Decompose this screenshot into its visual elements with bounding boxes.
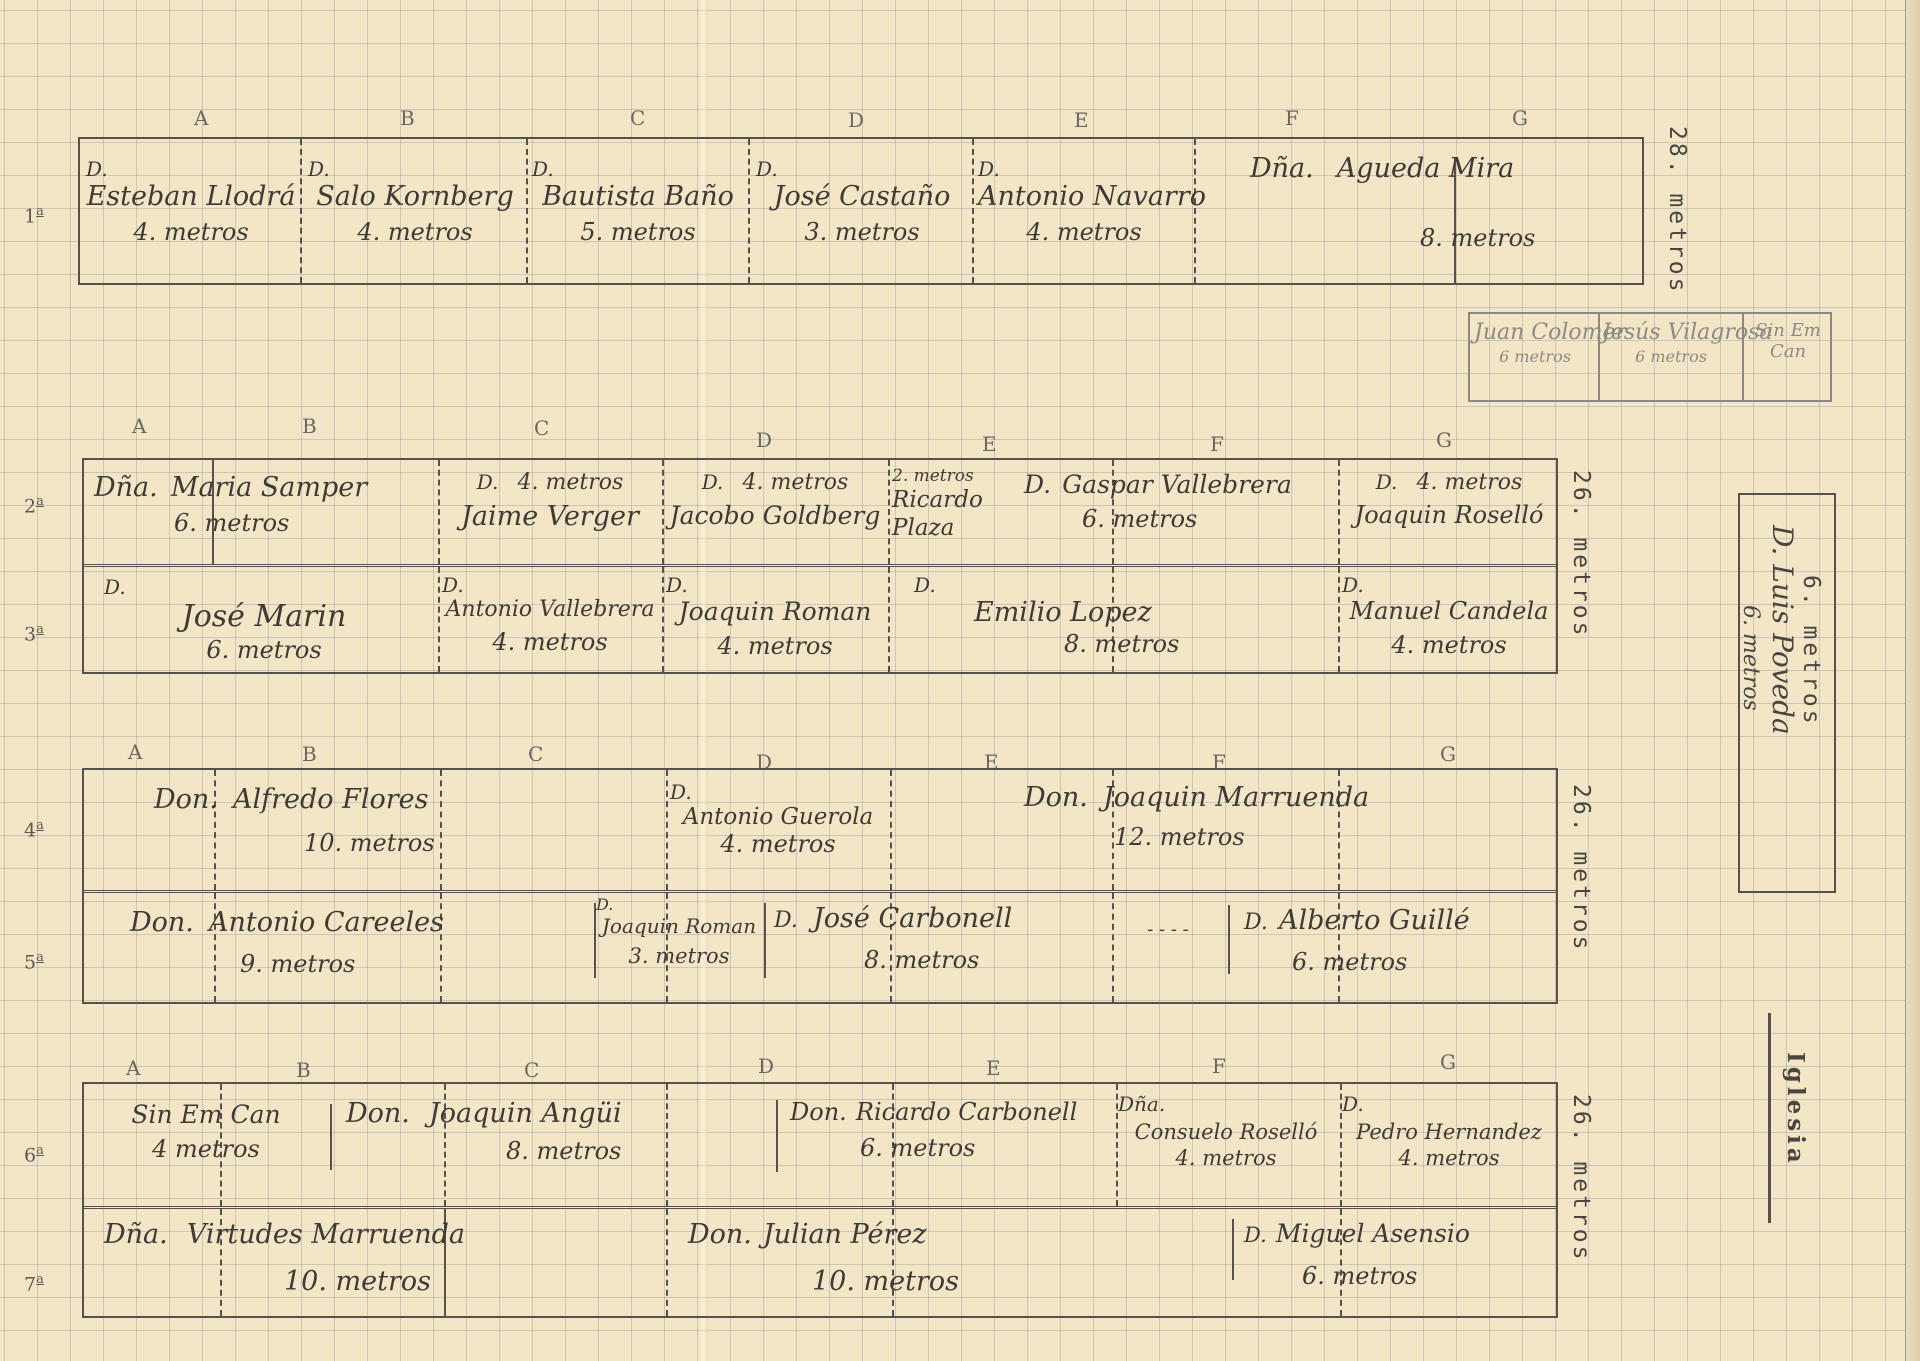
ordinal-suffix: a xyxy=(36,950,44,965)
plot-divider xyxy=(330,1104,332,1170)
plot-owner: Antonio Navarro xyxy=(978,181,1190,212)
column-letter: B xyxy=(302,414,317,438)
plot-size: 4. metros xyxy=(518,470,624,495)
plot-divider xyxy=(662,567,664,672)
plot-owner: Joaquin Roman xyxy=(666,597,884,626)
plot-title: Don. xyxy=(130,907,194,938)
plot-2AB[interactable]: Dña. Maria Samper 6. metros xyxy=(94,472,434,537)
plot-owner: Luis Poveda xyxy=(1766,564,1799,734)
plot-row-6: Sin Em Can 4 metros Don. Joaquin Angüi 8… xyxy=(84,1084,1556,1206)
plot-2EF[interactable]: D. Gaspar Vallebrera 6. metros xyxy=(1024,470,1334,533)
page-edge xyxy=(1905,0,1920,1361)
plot-size: 4. metros xyxy=(308,218,522,246)
plot-title: D. xyxy=(774,908,798,933)
plot-size: 4. metros xyxy=(666,632,884,660)
plot-title: D. xyxy=(756,157,968,181)
plot-size: 6. metros xyxy=(1302,1262,1554,1290)
side-box-owner: D. Luis Poveda xyxy=(1766,525,1799,735)
plot-3C[interactable]: D. Antonio Vallebrera 4. metros xyxy=(442,573,658,656)
plot-title: Dña. xyxy=(94,472,158,503)
plot-title: D. xyxy=(666,573,884,597)
plot-6DE[interactable]: Don. Ricardo Carbonell 6. metros xyxy=(790,1098,1110,1162)
plot-size: 6 metros xyxy=(1474,347,1596,366)
annex-plot-1[interactable]: Juan Colomer 6 metros xyxy=(1474,320,1596,366)
column-letter: F xyxy=(1285,106,1299,130)
side-box-length-label: 6. metros xyxy=(1798,575,1824,727)
column-letter: C xyxy=(528,742,543,766)
plot-divider xyxy=(748,139,750,283)
plot-owner: Ricardo Carbonell xyxy=(856,1098,1077,1126)
plot-owner: Alfredo Flores xyxy=(233,784,429,815)
plot-title: D. xyxy=(978,157,1190,181)
empty-plot-marker: - - - - xyxy=(1118,919,1218,940)
column-letter: B xyxy=(400,106,415,130)
plot-7FG[interactable]: D. Miguel Asensio 6. metros xyxy=(1244,1219,1554,1290)
plot-size: 8. metros xyxy=(864,946,1124,974)
ordinal-suffix: a xyxy=(36,622,44,637)
plot-4ABC[interactable]: Don. Alfredo Flores 10. metros xyxy=(154,784,574,857)
plot-owner: Virtudes Marruenda xyxy=(187,1219,465,1250)
plot-size: 8. metros xyxy=(1064,630,1334,658)
plot-owner: Sin Em Can xyxy=(1746,320,1830,362)
rows4-5-length-label: 26. metros xyxy=(1568,784,1594,952)
column-letter: B xyxy=(296,1058,311,1082)
plot-divider xyxy=(300,139,302,283)
plot-7DE[interactable]: Don. Julian Pérez 10. metros xyxy=(688,1219,1108,1297)
plot-1B[interactable]: D. Salo Kornberg 4. metros xyxy=(308,157,522,246)
plot-divider xyxy=(438,567,440,672)
plot-size: 8. metros xyxy=(506,1137,766,1165)
plot-2C[interactable]: D. 4. metros Jaime Verger xyxy=(442,470,658,532)
plot-divider xyxy=(666,770,668,890)
plot-owner: Antonio Careeles xyxy=(209,907,444,938)
plot-6AB[interactable]: Sin Em Can 4 metros xyxy=(88,1100,324,1163)
row-number: 5 xyxy=(24,951,36,973)
plot-title: D. xyxy=(477,470,499,494)
plot-size: 6. metros xyxy=(1292,948,1544,976)
ordinal-suffix: a xyxy=(36,204,44,219)
plot-owner: Jaime Verger xyxy=(442,501,658,532)
plot-size: 2. metros xyxy=(892,466,996,486)
column-letter: A xyxy=(194,106,208,130)
plot-owner: Sin Em Can xyxy=(88,1100,324,1129)
plot-owner: José Castaño xyxy=(756,181,968,212)
plot-row-1: D. Esteban Llodrá 4. metros D. Salo Korn… xyxy=(78,137,1644,285)
plot-6G[interactable]: D. Pedro Hernandez 4. metros xyxy=(1342,1092,1556,1170)
plot-row-4: Don. Alfredo Flores 10. metros D. Antoni… xyxy=(84,770,1556,890)
column-letter: D xyxy=(756,428,772,452)
plot-title: D. xyxy=(1024,470,1051,499)
plot-title: Don. xyxy=(688,1219,752,1250)
plot-size: 4. metros xyxy=(743,470,849,495)
plot-rows-4-5: Don. Alfredo Flores 10. metros D. Antoni… xyxy=(82,768,1558,1004)
plot-owner: Agueda Mira xyxy=(1337,153,1514,184)
plot-owner: Miguel Asensio xyxy=(1276,1219,1470,1248)
plot-divider xyxy=(1232,1219,1234,1280)
plot-owner: Bautista Baño xyxy=(532,181,744,212)
ordinal-suffix: a xyxy=(36,1143,44,1158)
plot-4EFG[interactable]: Don. Joaquin Marruenda 12. metros xyxy=(1024,782,1524,851)
column-letter: C xyxy=(524,1058,539,1082)
plot-owner: Joaquin Marruenda xyxy=(1103,782,1369,813)
plot-title: Dña. xyxy=(1250,153,1314,184)
plot-2D[interactable]: D. 4. metros Jacobo Goldberg xyxy=(666,470,884,530)
plot-owner: Alberto Guillé xyxy=(1279,905,1470,936)
column-letter: D xyxy=(848,108,864,132)
column-letter: D xyxy=(758,1054,774,1078)
row-number: 1 xyxy=(24,205,36,227)
plot-size: 4. metros xyxy=(978,218,1190,246)
plot-row-2: Dña. Maria Samper 6. metros D. 4. metros… xyxy=(84,460,1556,564)
plot-size: 4. metros xyxy=(1342,631,1556,659)
column-letter: E xyxy=(982,432,997,456)
plot-title: Dña. xyxy=(1118,1092,1334,1116)
plot-owner: Ricardo Plaza xyxy=(892,486,996,542)
plot-7ABC[interactable]: Dña. Virtudes Marruenda 10. metros xyxy=(104,1219,664,1297)
plot-rows-6-7: Sin Em Can 4 metros Don. Joaquin Angüi 8… xyxy=(82,1082,1558,1318)
annex-plots: Juan Colomer 6 metros Jesús Vilagrosa 6 … xyxy=(1468,312,1832,402)
row-label-7: 7a xyxy=(24,1272,44,1295)
plot-size: 10. metros xyxy=(284,1266,664,1297)
plot-divider xyxy=(666,1209,668,1316)
plot-title: Don. xyxy=(790,1098,847,1126)
column-letter: F xyxy=(1210,432,1224,456)
annex-plot-3[interactable]: Sin Em Can xyxy=(1746,320,1830,362)
plot-3G[interactable]: D. Manuel Candela 4. metros xyxy=(1342,573,1556,659)
church-wall-line xyxy=(1768,1013,1771,1223)
plot-owner: Consuelo Roselló xyxy=(1118,1120,1334,1144)
plot-title: D. xyxy=(1244,1223,1267,1247)
plot-title: D. xyxy=(1342,573,1556,597)
plot-size: 10. metros xyxy=(304,829,574,857)
plot-row-3: D. José Marin 6. metros D. Antonio Valle… xyxy=(84,564,1556,672)
plot-4D[interactable]: D. Antonio Guerola 4. metros xyxy=(670,780,886,858)
plot-size: 3. metros xyxy=(596,944,762,968)
plot-size: 4 metros xyxy=(88,1135,324,1163)
plot-title: D. xyxy=(702,470,724,494)
plot-owner: Jesús Vilagrosa xyxy=(1602,320,1740,345)
plot-title: D. xyxy=(86,157,296,181)
plot-2G[interactable]: D. 4. metros Joaquin Roselló xyxy=(1342,470,1556,529)
plot-size: 4. metros xyxy=(442,628,658,656)
plot-6BC[interactable]: Don. Joaquin Angüi 8. metros xyxy=(346,1098,766,1165)
plot-title: D. xyxy=(1376,470,1398,494)
row-label-4: 4a xyxy=(24,818,44,841)
plot-owner: Joaquin Roselló xyxy=(1342,501,1556,529)
row-label-5: 5a xyxy=(24,950,44,973)
plot-size: 4. metros xyxy=(1342,1146,1556,1170)
plot-size: 10. metros xyxy=(812,1266,1108,1297)
plot-divider xyxy=(764,903,766,978)
column-letter: G xyxy=(1440,1050,1456,1074)
plot-1C[interactable]: D. Bautista Baño 5. metros xyxy=(532,157,744,246)
plot-title: D. xyxy=(596,895,762,914)
annex-plot-2[interactable]: Jesús Vilagrosa 6 metros xyxy=(1602,320,1740,366)
plot-owner: Joaquin Roman xyxy=(596,914,762,938)
row-number: 6 xyxy=(24,1144,36,1166)
plot-rows-2-3: Dña. Maria Samper 6. metros D. 4. metros… xyxy=(82,458,1558,674)
row1-length-label: 28. metros xyxy=(1664,126,1690,294)
plot-title: Don. xyxy=(1024,782,1088,813)
plot-owner: Antonio Vallebrera xyxy=(442,597,658,622)
column-letter: G xyxy=(1436,428,1452,452)
plot-side-box[interactable]: 6. metros D. Luis Poveda 6. metros xyxy=(1738,493,1836,893)
column-letter: A xyxy=(126,1056,140,1080)
plot-size: 6. metros xyxy=(1738,605,1763,711)
plot-owner: Maria Samper xyxy=(171,472,367,503)
plot-row-7: Dña. Virtudes Marruenda 10. metros Don. … xyxy=(84,1206,1556,1316)
plot-divider xyxy=(438,460,440,564)
plot-1FG[interactable]: Dña. Agueda Mira 8. metros xyxy=(1250,153,1590,252)
column-letter: A xyxy=(132,414,146,438)
column-letter: E xyxy=(986,1056,1001,1080)
plot-owner: José Marin xyxy=(104,599,424,634)
plot-5ABC[interactable]: Don. Antonio Careeles 9. metros xyxy=(130,907,530,978)
plot-6F[interactable]: Dña. Consuelo Roselló 4. metros xyxy=(1118,1092,1334,1170)
plot-owner: Gaspar Vallebrera xyxy=(1062,470,1292,499)
plot-1A[interactable]: D. Esteban Llodrá 4. metros xyxy=(86,157,296,246)
plot-size: 4. metros xyxy=(1118,1146,1334,1170)
plot-owner: José Carbonell xyxy=(813,903,1012,934)
row-label-1: 1a xyxy=(24,204,44,227)
plot-size: 6. metros xyxy=(860,1134,1110,1162)
column-letter: E xyxy=(1074,108,1089,132)
plot-divider xyxy=(662,460,664,564)
column-letter: F xyxy=(1212,1054,1226,1078)
plot-divider xyxy=(888,460,890,564)
plot-owner: Julian Pérez xyxy=(763,1219,927,1250)
rows6-7-length-label: 26. metros xyxy=(1568,1094,1594,1262)
plot-5F-empty: - - - - xyxy=(1118,919,1218,940)
ordinal-suffix: a xyxy=(36,1272,44,1287)
plot-owner: Pedro Hernandez xyxy=(1342,1120,1556,1144)
plot-divider xyxy=(972,139,974,283)
plot-title: D. xyxy=(670,780,886,804)
plot-owner: Manuel Candela xyxy=(1342,597,1556,625)
plot-5FG[interactable]: D. Alberto Guillé 6. metros xyxy=(1244,905,1544,976)
plot-title: D. xyxy=(914,573,1334,597)
plot-divider xyxy=(888,567,890,672)
plot-title: D. xyxy=(532,157,744,181)
column-letter: C xyxy=(534,416,549,440)
column-letter: B xyxy=(302,742,317,766)
plot-divider xyxy=(1338,460,1340,564)
plot-title: Don. xyxy=(346,1098,410,1129)
plot-size: 6 metros xyxy=(1602,347,1740,366)
plot-title: D. xyxy=(1244,910,1268,935)
plot-owner: Antonio Guerola xyxy=(670,804,886,830)
plot-divider xyxy=(1338,567,1340,672)
plot-title: D. xyxy=(104,575,424,599)
plot-divider xyxy=(890,770,892,890)
plot-row-5: Don. Antonio Careeles 9. metros D. Joaqu… xyxy=(84,890,1556,1002)
plot-size: 3. metros xyxy=(756,218,968,246)
plot-size: 6. metros xyxy=(1082,505,1334,533)
plot-title: D. xyxy=(442,573,658,597)
row-label-3: 3a xyxy=(24,622,44,645)
plot-size: 5. metros xyxy=(532,218,744,246)
plot-divider xyxy=(526,139,528,283)
plot-3AB[interactable]: D. José Marin 6. metros xyxy=(104,575,424,664)
church-label: Iglesia xyxy=(1782,1052,1809,1167)
plot-title: Don. xyxy=(154,784,218,815)
row-number: 4 xyxy=(24,819,36,841)
plot-size: 4. metros xyxy=(670,830,886,858)
plot-2E-small[interactable]: 2. metros Ricardo Plaza xyxy=(892,466,996,542)
plot-size: 6. metros xyxy=(174,509,434,537)
plot-5CD[interactable]: D. Joaquin Roman 3. metros xyxy=(596,895,762,968)
rows2-3-length-label: 26. metros xyxy=(1568,470,1594,638)
row-label-2: 2a xyxy=(24,494,44,517)
plot-size: 12. metros xyxy=(1114,823,1524,851)
plot-size: 8. metros xyxy=(1420,224,1590,252)
row-label-6: 6a xyxy=(24,1143,44,1166)
plot-owner: Jacobo Goldberg xyxy=(666,501,884,530)
plot-size: 4. metros xyxy=(1417,470,1523,495)
plot-size: 9. metros xyxy=(240,950,530,978)
plot-owner: Salo Kornberg xyxy=(308,181,522,212)
ordinal-suffix: a xyxy=(36,494,44,509)
column-letter: G xyxy=(1440,742,1456,766)
row-number: 7 xyxy=(24,1273,36,1295)
row-number: 3 xyxy=(24,623,36,645)
row-number: 2 xyxy=(24,495,36,517)
plot-title: D. xyxy=(1766,525,1799,555)
plot-divider xyxy=(1228,905,1230,974)
plot-1E[interactable]: D. Antonio Navarro 4. metros xyxy=(978,157,1190,246)
plot-owner: Joaquin Angüi xyxy=(429,1098,622,1129)
plot-3D[interactable]: D. Joaquin Roman 4. metros xyxy=(666,573,884,660)
plot-title: Dña. xyxy=(104,1219,168,1250)
ordinal-suffix: a xyxy=(36,818,44,833)
column-letter: A xyxy=(128,740,142,764)
plot-title: D. xyxy=(1342,1092,1556,1116)
plot-size: 4. metros xyxy=(86,218,296,246)
plot-3EF[interactable]: D. Emilio Lopez 8. metros xyxy=(914,573,1334,658)
plot-size: 6. metros xyxy=(104,636,424,664)
plot-1D[interactable]: D. José Castaño 3. metros xyxy=(756,157,968,246)
plot-divider xyxy=(776,1100,778,1172)
column-letter: G xyxy=(1512,106,1528,130)
plot-owner: Juan Colomer xyxy=(1474,320,1596,345)
column-letter: C xyxy=(630,106,645,130)
plot-owner: Esteban Llodrá xyxy=(86,181,296,212)
plot-5DEF[interactable]: D. José Carbonell 8. metros xyxy=(774,903,1124,974)
plot-owner: Emilio Lopez xyxy=(974,597,1334,628)
plot-title: D. xyxy=(308,157,522,181)
